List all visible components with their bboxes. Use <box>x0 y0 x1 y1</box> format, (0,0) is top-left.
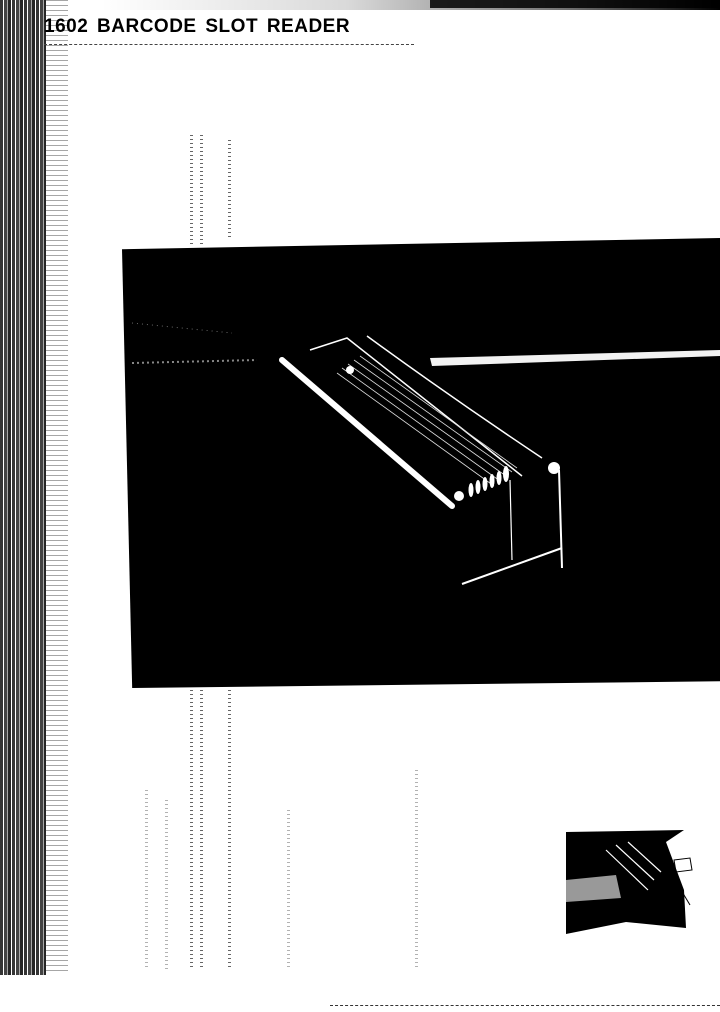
scan-edge-left <box>0 0 46 975</box>
scan-streak <box>228 140 231 240</box>
scan-streak <box>200 135 203 245</box>
scan-streak <box>190 690 193 970</box>
scan-artifact-top-dark <box>430 0 720 8</box>
inset-photo <box>566 830 720 940</box>
device-photo <box>122 238 720 688</box>
device-illustration <box>122 238 720 688</box>
title-underline <box>44 44 414 46</box>
scan-streak <box>228 690 231 970</box>
scan-streak <box>200 690 203 970</box>
inset-illustration <box>566 830 720 940</box>
page-title: 1602 BARCODE SLOT READER <box>44 16 350 38</box>
bottom-rule <box>330 1005 720 1007</box>
scan-streak <box>287 810 290 970</box>
scan-streak <box>165 800 168 970</box>
scan-streak <box>145 790 148 970</box>
scan-edge-left-noise <box>46 0 68 975</box>
scan-streak <box>415 770 418 970</box>
scan-streak <box>190 135 193 245</box>
